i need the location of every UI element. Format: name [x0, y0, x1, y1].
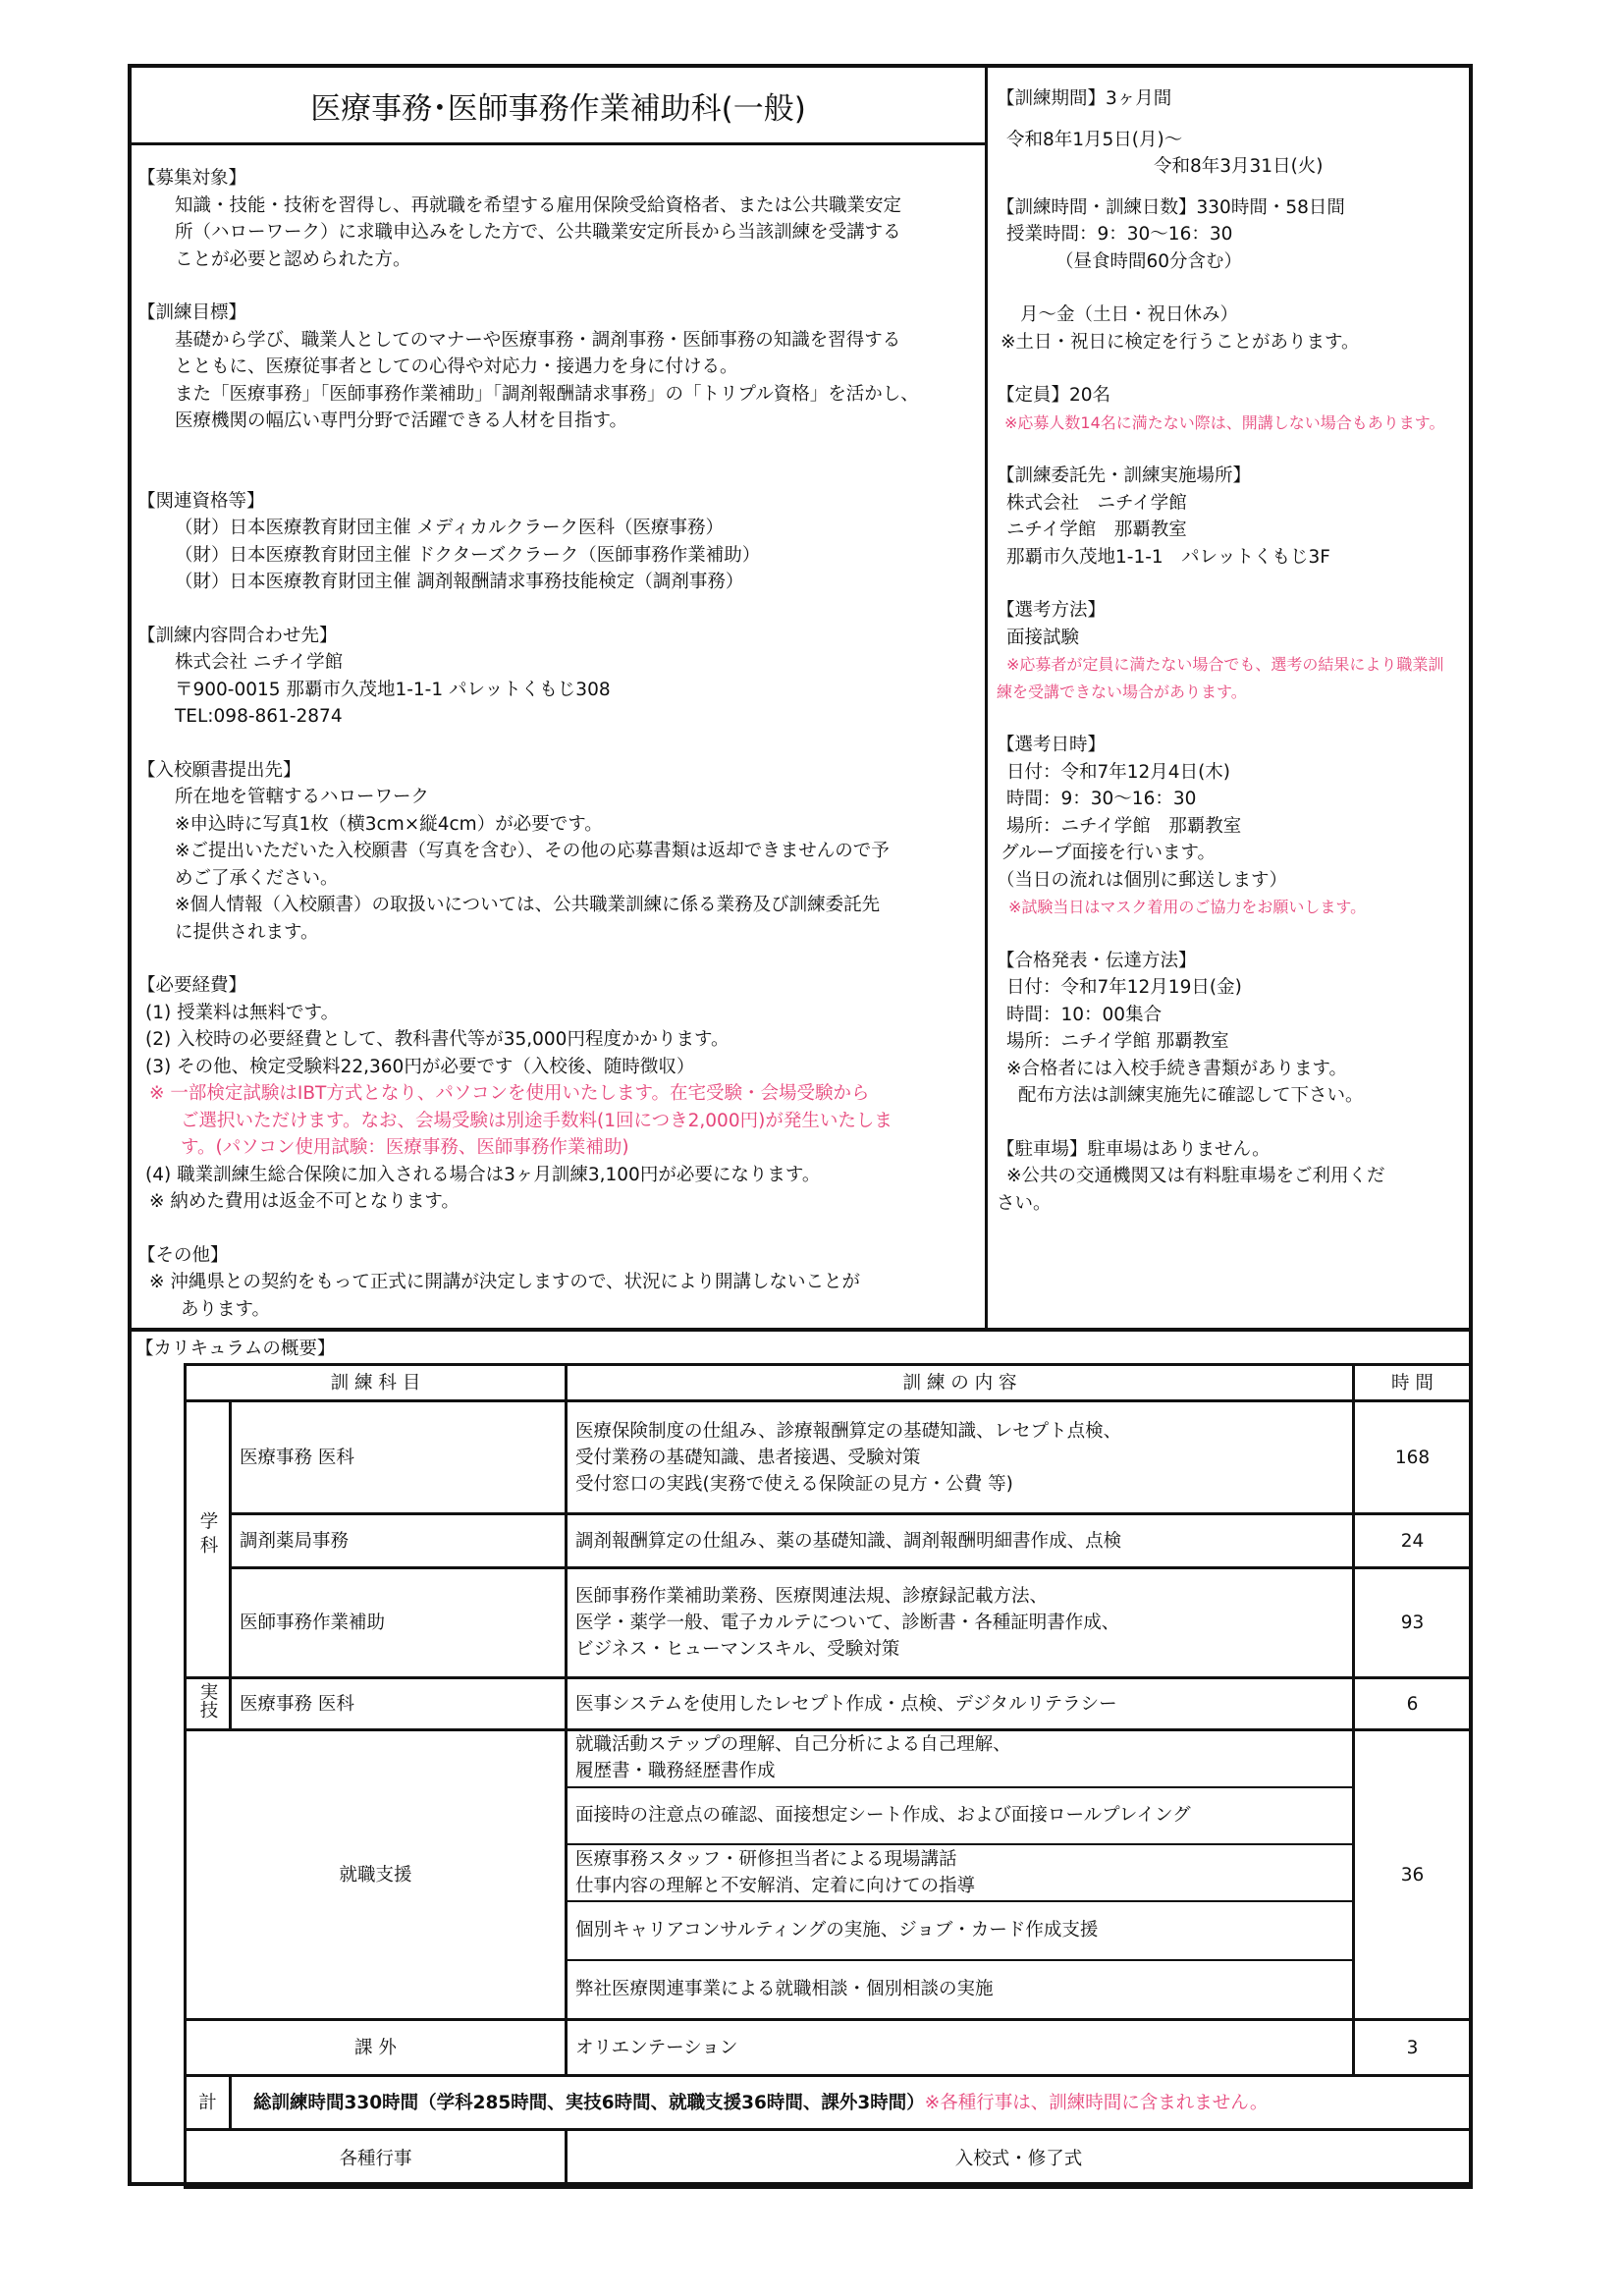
schedule-note: ※土日・祝日に検定を行うことがあります。: [997, 329, 1468, 356]
period-value: 3ヶ月間: [1106, 88, 1171, 109]
table-row: 実技 医療事務 医科 医事システムを使用したレセプト作成・点検、デジタルリテラシ…: [186, 1678, 1472, 1730]
content-cell: 医師事務作業補助業務、医療関連法規、診療録記載方法、 医学・薬学一般、電子カルテ…: [567, 1568, 1354, 1678]
text-line: 医療機関の幅広い専門分野で活躍できる人材を目指す。: [137, 408, 982, 435]
provider-line: 那覇市久茂地1-1-1 パレットくもじ3F: [997, 544, 1468, 572]
announcement-note: ※合格者には入校手続き書類があります。: [997, 1056, 1468, 1083]
provider-line: 株式会社 ニチイ学館: [997, 490, 1468, 518]
text-line: あります。: [137, 1296, 982, 1324]
content-cell: 調剤報酬算定の仕組み、薬の基礎知識、調剤報酬明細書作成、点検: [567, 1514, 1354, 1568]
hours-cell: 36: [1354, 1730, 1472, 2020]
subject-cell: 医療事務 医科: [231, 1678, 567, 1730]
expense-note-red: ※ 一部検定試験はIBT方式となり、パソコンを使用いたします。在宅受験・会場受験…: [137, 1080, 982, 1108]
section-heading: 【合格発表・伝達方法】: [997, 948, 1468, 975]
selection-date: 日付：令和7年12月4日(木): [997, 759, 1468, 787]
section-announcement: 【合格発表・伝達方法】 日付：令和7年12月19日(金) 時間：10：00集合 …: [997, 948, 1468, 1110]
section-heading: 【その他】: [137, 1242, 982, 1270]
section-heading: 【訓練内容問合わせ先】: [137, 623, 982, 650]
section-recruitment: 【募集対象】 知識・技能・技術を習得し、再就職を希望する雇用保険受給資格者、また…: [137, 165, 982, 273]
text-line: 所（ハローワーク）に求職申込みをした方で、公共職業安定所長から当該訓練を受講する: [137, 219, 982, 246]
hours-cell: 6: [1354, 1678, 1472, 1730]
section-divider: [128, 1328, 1473, 1332]
contact-address: 〒900-0015 那覇市久茂地1-1-1 パレットくもじ308: [137, 677, 982, 704]
content-cell: 弊社医療関連事業による就職相談・個別相談の実施: [567, 1960, 1354, 2020]
parking-note: ※公共の交通機関又は有料駐車場をご利用くだ: [997, 1163, 1468, 1190]
hours-cell: 24: [1354, 1514, 1472, 1568]
section-parking: 【駐車場】駐車場はありません。 ※公共の交通機関又は有料駐車場をご利用くだ さい…: [997, 1136, 1468, 1218]
content-cell: 面接時の注意点の確認、面接想定シート作成、および面接ロールプレイング: [567, 1787, 1354, 1844]
section-heading: 【募集対象】: [137, 165, 982, 192]
expense-note-red: ご選択いただけます。なお、会場受験は別途手数料(1回につき2,000円)が発生い…: [137, 1108, 982, 1135]
table-row: 学科 医療事務 医科 医療保険制度の仕組み、診療報酬算定の基礎知識、レセプト点検…: [186, 1401, 1472, 1514]
text-line: 知識・技能・技術を習得し、再就職を希望する雇用保険受給資格者、または公共職業安定: [137, 192, 982, 220]
section-selection: 【選考方法】 面接試験 ※応募者が定員に満たない場合でも、選考の結果により職業訓…: [997, 597, 1468, 705]
table-header-row: 訓 練 科 目 訓 練 の 内 容 時 間: [186, 1365, 1472, 1401]
hours-cell: 93: [1354, 1568, 1472, 1678]
section-application: 【入校願書提出先】 所在地を管轄するハローワーク ※申込時に写真1枚（横3cm×…: [137, 757, 982, 947]
section-contact: 【訓練内容問合わせ先】 株式会社 ニチイ学館 〒900-0015 那覇市久茂地1…: [137, 623, 982, 731]
expense-item: (3) その他、検定受験料22,360円が必要です（入校後、随時徴収）: [137, 1054, 982, 1081]
section-qualifications: 【関連資格等】 （財）日本医療教育財団主催 メディカルクラーク医科（医療事務） …: [137, 488, 982, 596]
period-start: 令和8年1月5日(月)～: [997, 127, 1468, 154]
class-time: 授業時間：9：30～16：30: [997, 221, 1468, 248]
subject-cell: 医師事務作業補助: [231, 1568, 567, 1678]
expense-note-red: す。(パソコン使用試験：医療事務、医師事務作業補助): [137, 1134, 982, 1162]
content-cell: 医療事務スタッフ・研修担当者による現場講話 仕事内容の理解と不安解消、定着に向け…: [567, 1844, 1354, 1901]
selection-note: 練を受講できない場合があります。: [997, 679, 1468, 706]
total-row: 計 総訓練時間330時間（学科285時間、実技6時間、就職支援36時間、課外3時…: [186, 2076, 1472, 2130]
subject-cell: 医療事務 医科: [231, 1401, 567, 1514]
column-header-hours: 時 間: [1354, 1365, 1472, 1401]
section-goal: 【訓練目標】 基礎から学び、職業人としてのマナーや医療事務・調剤事務・医師事務の…: [137, 300, 982, 435]
section-heading: 【選考日時】: [997, 732, 1468, 759]
group-label-jitsugi: 実技: [186, 1678, 231, 1730]
provider-line: ニチイ学館 那覇教室: [997, 517, 1468, 544]
title-divider: [128, 142, 987, 145]
section-other: 【その他】 ※ 沖縄県との契約をもって正式に開講が決定しますので、状況により開講…: [137, 1242, 982, 1324]
announcement-time: 時間：10：00集合: [997, 1002, 1468, 1029]
section-heading: 【駐車場】: [997, 1139, 1088, 1160]
expense-refund-note: ※ 納めた費用は返金不可となります。: [137, 1188, 982, 1216]
contact-company: 株式会社 ニチイ学館: [137, 649, 982, 677]
content-cell: 就職活動ステップの理解、自己分析による自己理解、 履歴書・職務経歴書作成: [567, 1730, 1354, 1787]
text-line: ※個人情報（入校願書）の取扱いについては、公共職業訓練に係る業務及び訓練委託先: [137, 892, 982, 919]
section-heading: 【訓練期間】: [997, 88, 1106, 109]
total-label: 計: [186, 2076, 231, 2130]
text-line: とともに、医療従事者としての心得や対応力・接遇力を身に付ける。: [137, 354, 982, 381]
events-label: 各種行事: [186, 2130, 567, 2188]
qualification-item: （財）日本医療教育財団主催 メディカルクラーク医科（医療事務）: [137, 515, 982, 542]
curriculum-table: 訓 練 科 目 訓 練 の 内 容 時 間 学科 医療事務 医科 医療保険制度の…: [184, 1363, 1473, 2189]
column-header-subject: 訓 練 科 目: [186, 1365, 567, 1401]
period-end: 令和8年3月31日(火): [997, 153, 1468, 181]
text-line: 基礎から学び、職業人としてのマナーや医療事務・調剤事務・医師事務の知識を習得する: [137, 327, 982, 355]
section-heading: 【必要経費】: [137, 972, 982, 1000]
text-line: ※ご提出いただいた入校願書（写真を含む）、その他の応募書類は返却できませんので予: [137, 838, 982, 865]
curriculum-heading: 【カリキュラムの概要】: [135, 1335, 335, 1360]
section-heading: 【選考方法】: [997, 597, 1468, 625]
section-expenses: 【必要経費】 (1) 授業料は無料です。 (2) 入校時の必要経費として、教科書…: [137, 972, 982, 1216]
qualification-item: （財）日本医療教育財団主催 調剤報酬請求事務技能検定（調剤事務）: [137, 569, 982, 596]
section-heading: 【入校願書提出先】: [137, 757, 982, 785]
left-column: 【募集対象】 知識・技能・技術を習得し、再就職を希望する雇用保険受給資格者、また…: [137, 165, 982, 1323]
selection-place: 場所：ニチイ学館 那覇教室: [997, 813, 1468, 841]
section-heading: 【定員】: [997, 385, 1069, 406]
events-content: 入校式・修了式: [567, 2130, 1472, 2188]
selection-note: ※応募者が定員に満たない場合でも、選考の結果により職業訓: [997, 651, 1468, 679]
section-period: 【訓練期間】3ヶ月間 令和8年1月5日(月)～ 令和8年3月31日(火): [997, 85, 1468, 181]
hours-cell: 168: [1354, 1401, 1472, 1514]
table-row: 課 外 オリエンテーション 3: [186, 2020, 1472, 2076]
capacity-value: 20名: [1069, 385, 1110, 406]
text-line: ※申込時に写真1枚（横3cm×縦4cm）が必要です。: [137, 811, 982, 839]
content-cell: 医事システムを使用したレセプト作成・点検、デジタルリテラシー: [567, 1678, 1354, 1730]
section-provider: 【訓練委託先・訓練実施場所】 株式会社 ニチイ学館 ニチイ学館 那覇教室 那覇市…: [997, 463, 1468, 571]
expense-item: (2) 入校時の必要経費として、教科書代等が35,000円程度かかります。: [137, 1026, 982, 1054]
expense-item: (4) 職業訓練生総合保険に加入される場合は3ヶ月訓練3,100円が必要になりま…: [137, 1162, 982, 1189]
selection-group-note: グループ面接を行います。: [997, 840, 1468, 867]
table-row: 就職支援 就職活動ステップの理解、自己分析による自己理解、 履歴書・職務経歴書作…: [186, 1730, 1472, 1787]
announcement-note: 配布方法は訓練実施先に確認して下さい。: [997, 1082, 1468, 1110]
schedule-days: 月～金（土日・祝日休み）: [997, 301, 1468, 329]
mask-note: ※試験当日はマスク着用のご協力をお願いします。: [997, 894, 1468, 921]
content-cell: 医療保険制度の仕組み、診療報酬算定の基礎知識、レセプト点検、 受付業務の基礎知識…: [567, 1401, 1354, 1514]
right-column: 【訓練期間】3ヶ月間 令和8年1月5日(月)～ 令和8年3月31日(火) 【訓練…: [997, 85, 1468, 1217]
announcement-date: 日付：令和7年12月19日(金): [997, 974, 1468, 1002]
section-heading: 【関連資格等】: [137, 488, 982, 516]
text-line: また「医療事務」「医師事務作業補助」「調剤報酬請求事務」の「トリプル資格」を活か…: [137, 381, 982, 409]
contact-phone: TEL:098-861-2874: [137, 703, 982, 731]
total-text: 総訓練時間330時間（学科285時間、実技6時間、就職支援36時間、課外3時間）: [253, 2093, 925, 2113]
announcement-place: 場所：ニチイ学館 那覇教室: [997, 1028, 1468, 1056]
selection-flow-note: （当日の流れは個別に郵送します）: [997, 867, 1468, 895]
column-header-content: 訓 練 の 内 容: [567, 1365, 1354, 1401]
capacity-note: ※応募人数14名に満たない際は、開講しない場合もあります。: [997, 410, 1468, 437]
total-cell: 総訓練時間330時間（学科285時間、実技6時間、就職支援36時間、課外3時間）…: [231, 2076, 1472, 2130]
expense-item: (1) 授業料は無料です。: [137, 1000, 982, 1027]
hours-cell: 3: [1354, 2020, 1472, 2076]
parking-value: 駐車場はありません。: [1088, 1139, 1271, 1160]
events-row: 各種行事 入校式・修了式: [186, 2130, 1472, 2188]
text-line: に提供されます。: [137, 919, 982, 947]
table-row: 調剤薬局事務 調剤報酬算定の仕組み、薬の基礎知識、調剤報酬明細書作成、点検 24: [186, 1514, 1472, 1568]
group-label-gakka: 学科: [186, 1401, 231, 1678]
selection-time: 時間：9：30～16：30: [997, 786, 1468, 813]
section-hours: 【訓練時間・訓練日数】330時間・58日間 授業時間：9：30～16：30 （昼…: [997, 194, 1468, 356]
hours-value: 330時間・58日間: [1197, 197, 1345, 218]
section-heading: 【訓練目標】: [137, 300, 982, 327]
selection-method: 面接試験: [997, 625, 1468, 652]
subject-cell-extra: 課 外: [186, 2020, 567, 2076]
subject-cell: 調剤薬局事務: [231, 1514, 567, 1568]
qualification-item: （財）日本医療教育財団主催 ドクターズクラーク（医師事務作業補助）: [137, 542, 982, 570]
content-cell: オリエンテーション: [567, 2020, 1354, 2076]
content-cell: 個別キャリアコンサルティングの実施、ジョブ・カード作成支援: [567, 1901, 1354, 1960]
text-line: ※ 沖縄県との契約をもって正式に開講が決定しますので、状況により開講しないことが: [137, 1269, 982, 1296]
text-line: ことが必要と認められた方。: [137, 246, 982, 274]
column-divider: [985, 64, 988, 1331]
parking-note: さい。: [997, 1190, 1468, 1218]
total-note: ※各種行事は、訓練時間に含まれません。: [925, 2093, 1269, 2113]
lunch-note: （昼食時間60分含む）: [997, 248, 1468, 276]
subject-cell-job-support: 就職支援: [186, 1730, 567, 2020]
section-heading: 【訓練委託先・訓練実施場所】: [997, 463, 1468, 490]
page-title: 医療事務･医師事務作業補助科(一般): [132, 68, 985, 142]
section-capacity: 【定員】20名 ※応募人数14名に満たない際は、開講しない場合もあります。: [997, 382, 1468, 436]
text-line: めご了承ください。: [137, 865, 982, 893]
section-selection-date: 【選考日時】 日付：令和7年12月4日(木) 時間：9：30～16：30 場所：…: [997, 732, 1468, 921]
table-row: 医師事務作業補助 医師事務作業補助業務、医療関連法規、診療録記載方法、 医学・薬…: [186, 1568, 1472, 1678]
section-heading: 【訓練時間・訓練日数】: [997, 197, 1197, 218]
text-line: 所在地を管轄するハローワーク: [137, 784, 982, 811]
